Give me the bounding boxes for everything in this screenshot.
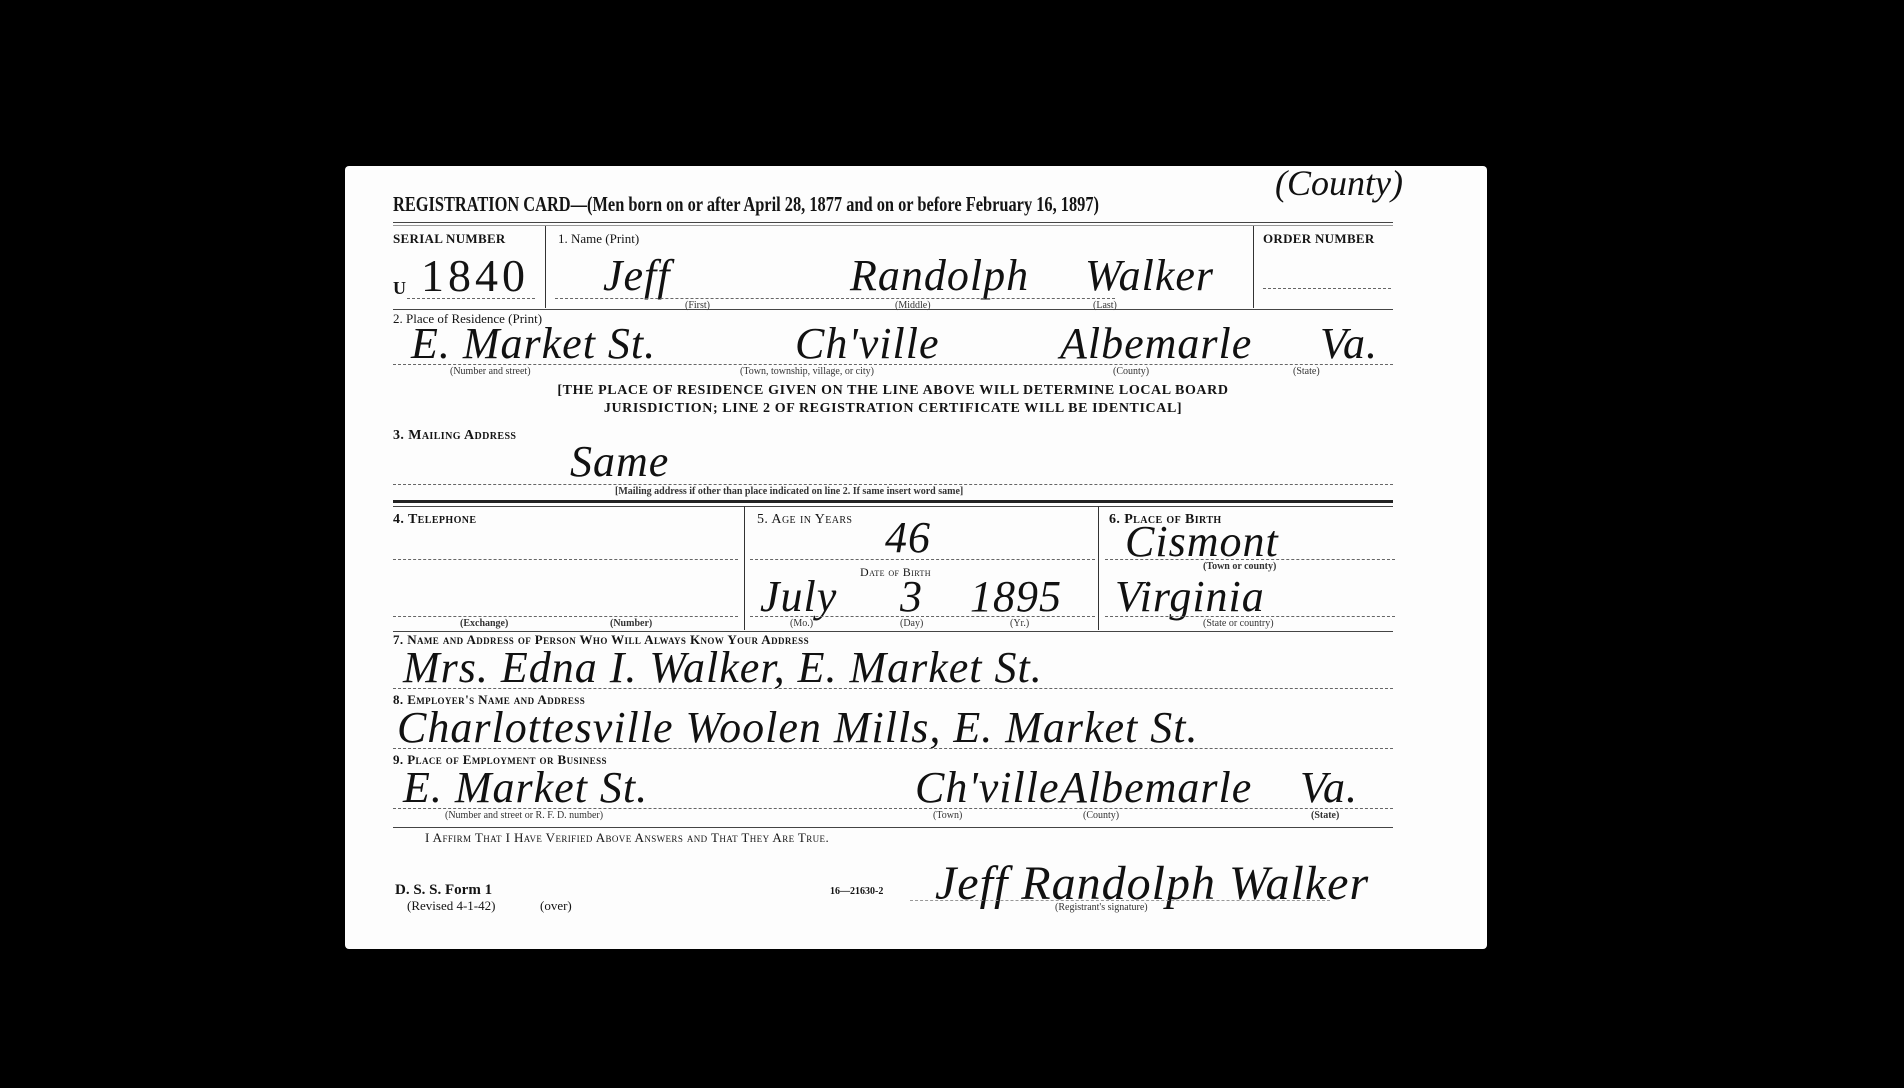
order-number-label: ORDER NUMBER bbox=[1263, 231, 1375, 247]
name-middle: Randolph bbox=[850, 250, 1029, 301]
mailing-caption: [Mailing address if other than place ind… bbox=[615, 486, 963, 497]
dob-day-caption: (Day) bbox=[900, 618, 923, 629]
employment-county-caption: (County) bbox=[1083, 810, 1119, 821]
registration-card: REGISTRATION CARD—(Men born on or after … bbox=[345, 166, 1487, 949]
dob-year-caption: (Yr.) bbox=[1010, 618, 1029, 629]
employment-state: Va. bbox=[1300, 762, 1358, 813]
employment-county: Albemarle bbox=[1060, 762, 1252, 813]
dob-day: 3 bbox=[900, 571, 923, 622]
serial-number-value: 1840 bbox=[421, 249, 529, 302]
residence-town: Ch'ville bbox=[795, 318, 940, 369]
telephone-number-caption: (Number) bbox=[610, 618, 652, 629]
residence-town-caption: (Town, township, village, or city) bbox=[740, 366, 874, 377]
telephone-exchange-caption: (Exchange) bbox=[460, 618, 508, 629]
name-label: 1. Name (Print) bbox=[558, 231, 639, 247]
residence-notice-line2: JURISDICTION; LINE 2 OF REGISTRATION CER… bbox=[393, 400, 1393, 418]
name-first: Jeff bbox=[603, 250, 671, 301]
form-over: (over) bbox=[540, 898, 572, 914]
employment-state-caption: (State) bbox=[1311, 810, 1339, 821]
affirmation-text: I Affirm That I Have Verified Above Answ… bbox=[425, 830, 829, 846]
telephone-label: 4. Telephone bbox=[393, 512, 476, 528]
residence-notice-line1: [THE PLACE OF RESIDENCE GIVEN ON THE LIN… bbox=[393, 382, 1393, 400]
age-label: 5. Age in Years bbox=[757, 512, 852, 528]
dob-month: July bbox=[760, 571, 837, 622]
residence-state: Va. bbox=[1320, 318, 1378, 369]
dob-month-caption: (Mo.) bbox=[790, 618, 813, 629]
residence-street: E. Market St. bbox=[411, 318, 656, 369]
print-code: 16—21630-2 bbox=[830, 886, 883, 897]
employment-town: Ch'ville bbox=[915, 762, 1060, 813]
county-annotation: (County) bbox=[1275, 162, 1403, 204]
registrant-signature: Jeff Randolph Walker bbox=[935, 856, 1369, 911]
mailing-label: 3. Mailing Address bbox=[393, 428, 516, 444]
dob-year: 1895 bbox=[970, 571, 1062, 622]
residence-state-caption: (State) bbox=[1293, 366, 1320, 377]
form-name: D. S. S. Form 1 bbox=[395, 882, 492, 899]
employer-value: Charlottesville Woolen Mills, E. Market … bbox=[397, 702, 1199, 753]
employment-street: E. Market St. bbox=[403, 762, 648, 813]
employment-street-caption: (Number and street or R. F. D. number) bbox=[445, 810, 603, 821]
serial-number-label: SERIAL NUMBER bbox=[393, 231, 506, 247]
name-last: Walker bbox=[1085, 250, 1214, 301]
mailing-value: Same bbox=[570, 436, 669, 487]
form-revised: (Revised 4-1-42) bbox=[407, 898, 495, 914]
age-value: 46 bbox=[885, 512, 931, 563]
employment-town-caption: (Town) bbox=[933, 810, 962, 821]
residence-street-caption: (Number and street) bbox=[450, 366, 531, 377]
residence-county: Albemarle bbox=[1060, 318, 1252, 369]
birthplace-state: Virginia bbox=[1115, 571, 1265, 622]
card-title: REGISTRATION CARD—(Men born on or after … bbox=[393, 192, 1099, 217]
residence-county-caption: (County) bbox=[1113, 366, 1149, 377]
signature-caption: (Registrant's signature) bbox=[1055, 902, 1148, 913]
contact-value: Mrs. Edna I. Walker, E. Market St. bbox=[403, 642, 1043, 693]
serial-prefix: U bbox=[393, 278, 406, 299]
birthplace-state-caption: (State or country) bbox=[1203, 618, 1274, 629]
